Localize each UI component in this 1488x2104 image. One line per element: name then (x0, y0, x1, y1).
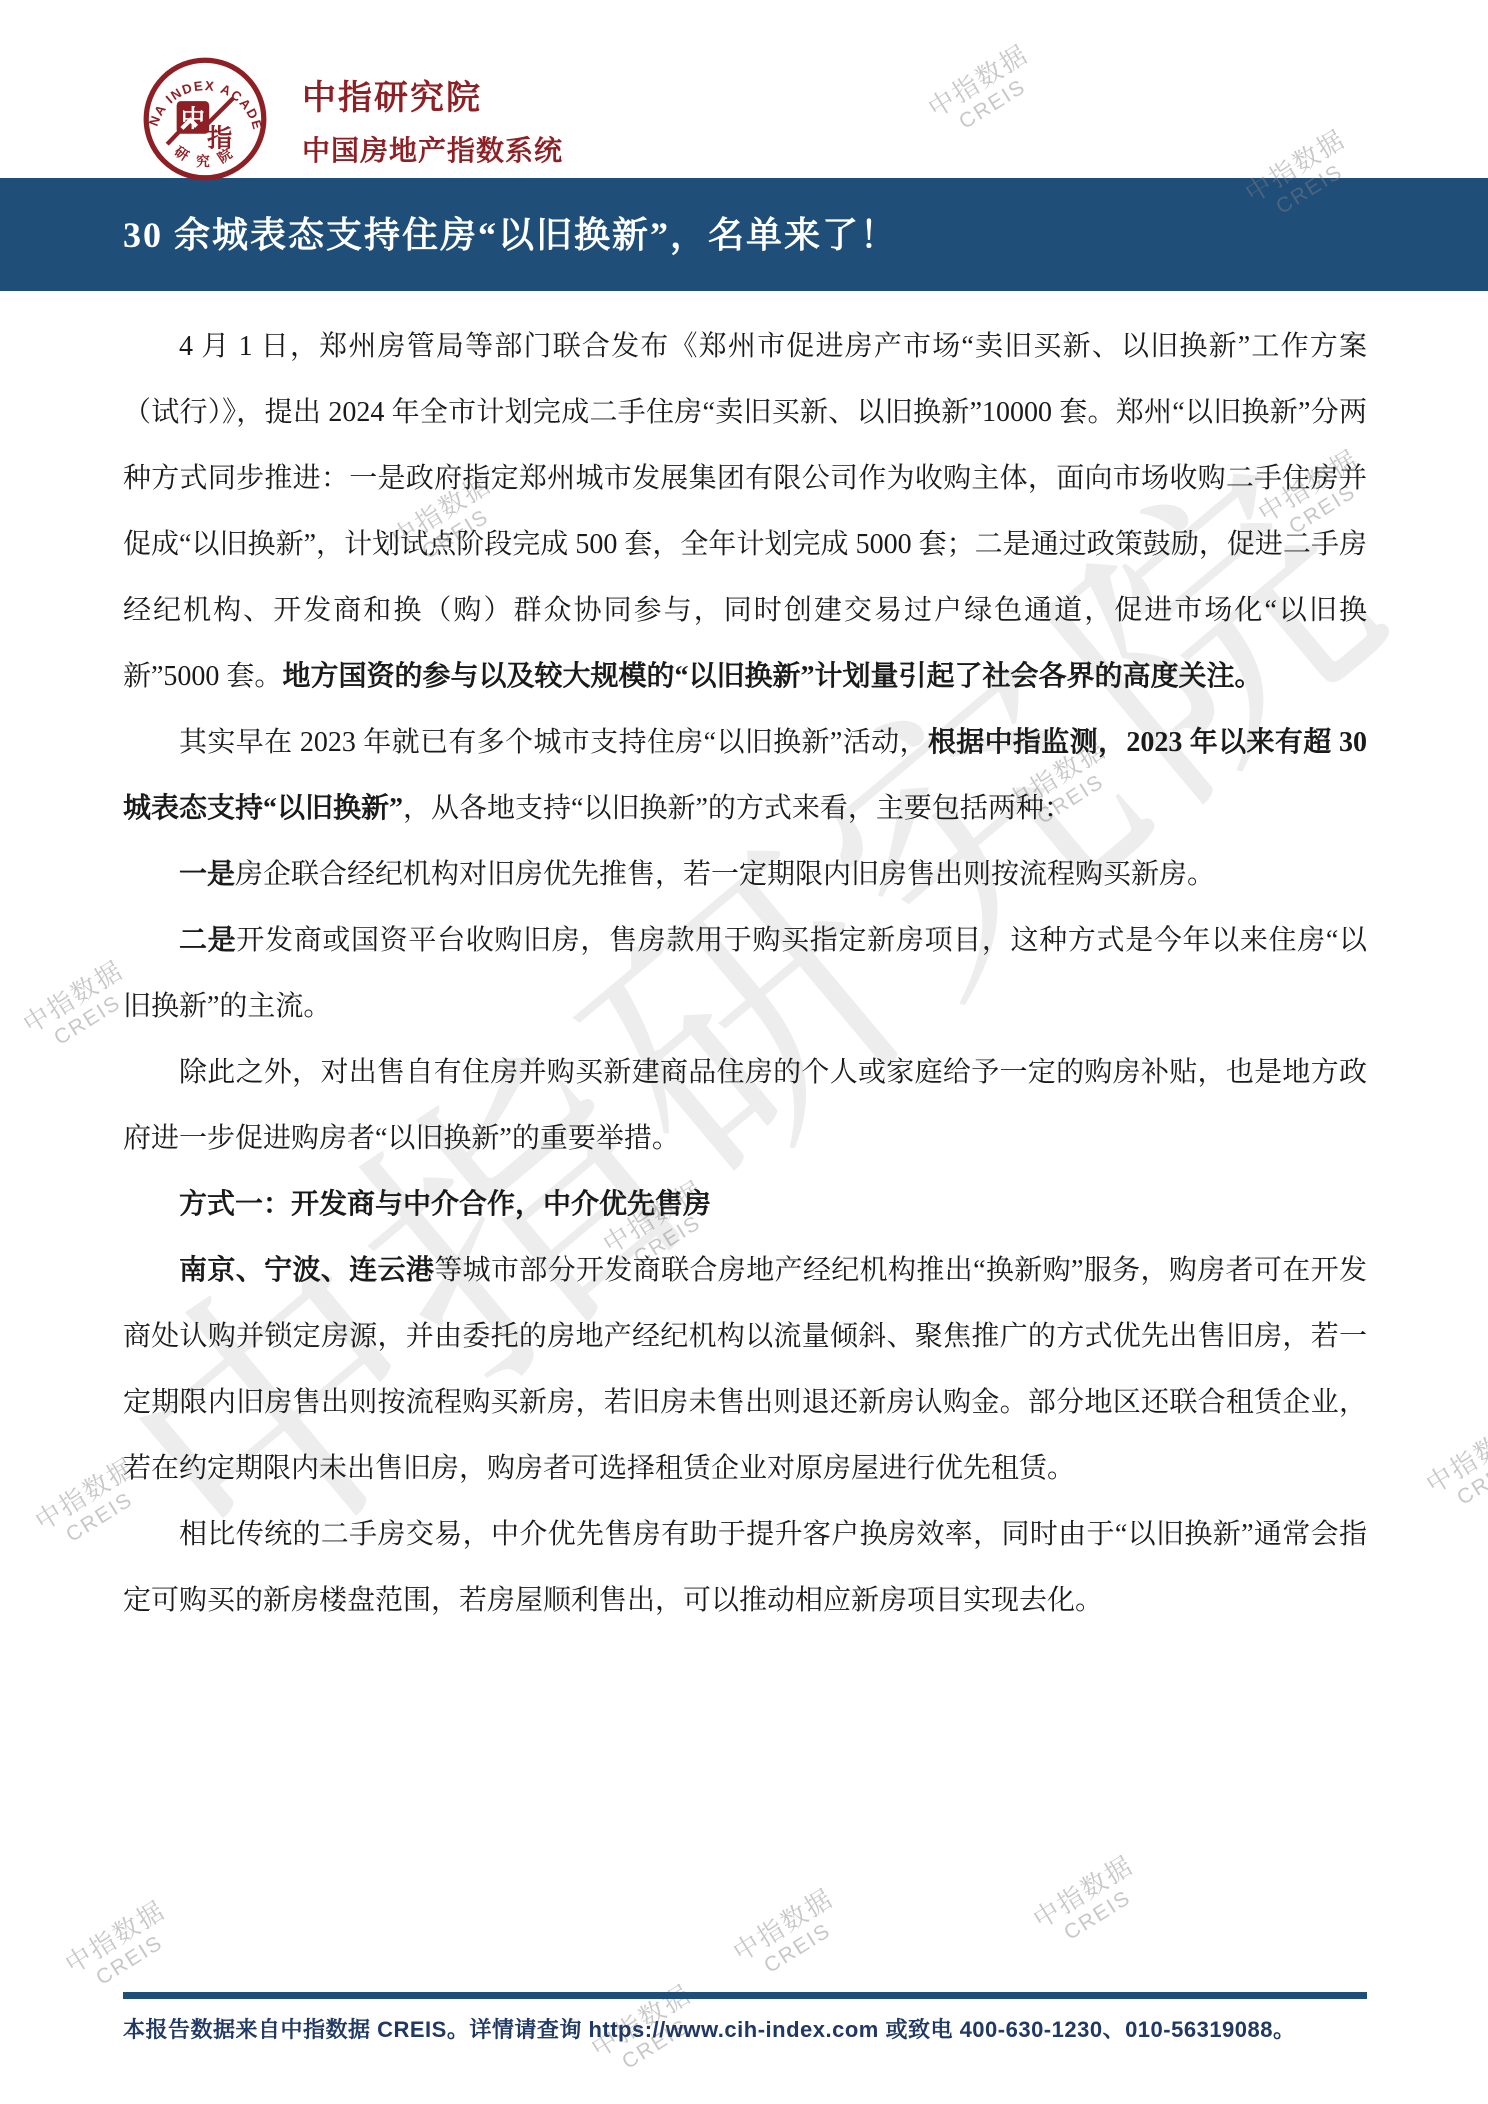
paragraph: 二是开发商或国资平台收购旧房，售房款用于购买指定新房项目，这种方式是今年以来住房… (123, 908, 1367, 1040)
seal-center-right-char: 指 (207, 124, 232, 152)
footer-note: 本报告数据来自中指数据 CREIS。详情请查询 https://www.cih-… (123, 2013, 1423, 2044)
china-index-academy-seal-logo: CHINA INDEX ACADEMY 研 究 院 中 指 (142, 56, 268, 182)
footer-divider-line (123, 1992, 1367, 1999)
section-heading: 方式一：开发商与中介合作，中介优先售房 (123, 1172, 1367, 1238)
report-page: 中指研究院 中指数据CREIS中指数据CREIS中指数据CREIS中指数据CRE… (0, 0, 1488, 2104)
paragraph: 4 月 1 日，郑州房管局等部门联合发布《郑州市促进房产市场“卖旧买新、以旧换新… (123, 314, 1367, 710)
paragraph: 南京、宁波、连云港等城市部分开发商联合房地产经纪机构推出“换新购”服务，购房者可… (123, 1238, 1367, 1502)
paragraph: 一是房企联合经纪机构对旧房优先推售，若一定期限内旧房售出则按流程购买新房。 (123, 842, 1367, 908)
article-body: 4 月 1 日，郑州房管局等部门联合发布《郑州市促进房产市场“卖旧买新、以旧换新… (123, 314, 1367, 1634)
org-name: 中指研究院 (302, 70, 563, 119)
report-header: CHINA INDEX ACADEMY 研 究 院 中 指 中指研究院 中国房地… (142, 56, 563, 182)
paragraph: 其实早在 2023 年就已有多个城市支持住房“以旧换新”活动，根据中指监测，20… (123, 710, 1367, 842)
paragraph: 除此之外，对出售自有住房并购买新建商品住房的个人或家庭给予一定的购房补贴，也是地… (123, 1040, 1367, 1172)
paragraph: 相比传统的二手房交易，中介优先售房有助于提升客户换房效率，同时由于“以旧换新”通… (123, 1502, 1367, 1634)
footer-url[interactable]: https://www.cih-index.com (588, 2017, 878, 2042)
document-title: 30 余城表态支持住房“以旧换新”，名单来了！ (123, 196, 1423, 274)
footer-note-suffix: 或致电 400-630-1230、010-56319088。 (879, 2017, 1296, 2042)
footer-note-prefix: 本报告数据来自中指数据 CREIS。详情请查询 (123, 2017, 588, 2042)
system-name: 中国房地产指数系统 (302, 129, 563, 169)
